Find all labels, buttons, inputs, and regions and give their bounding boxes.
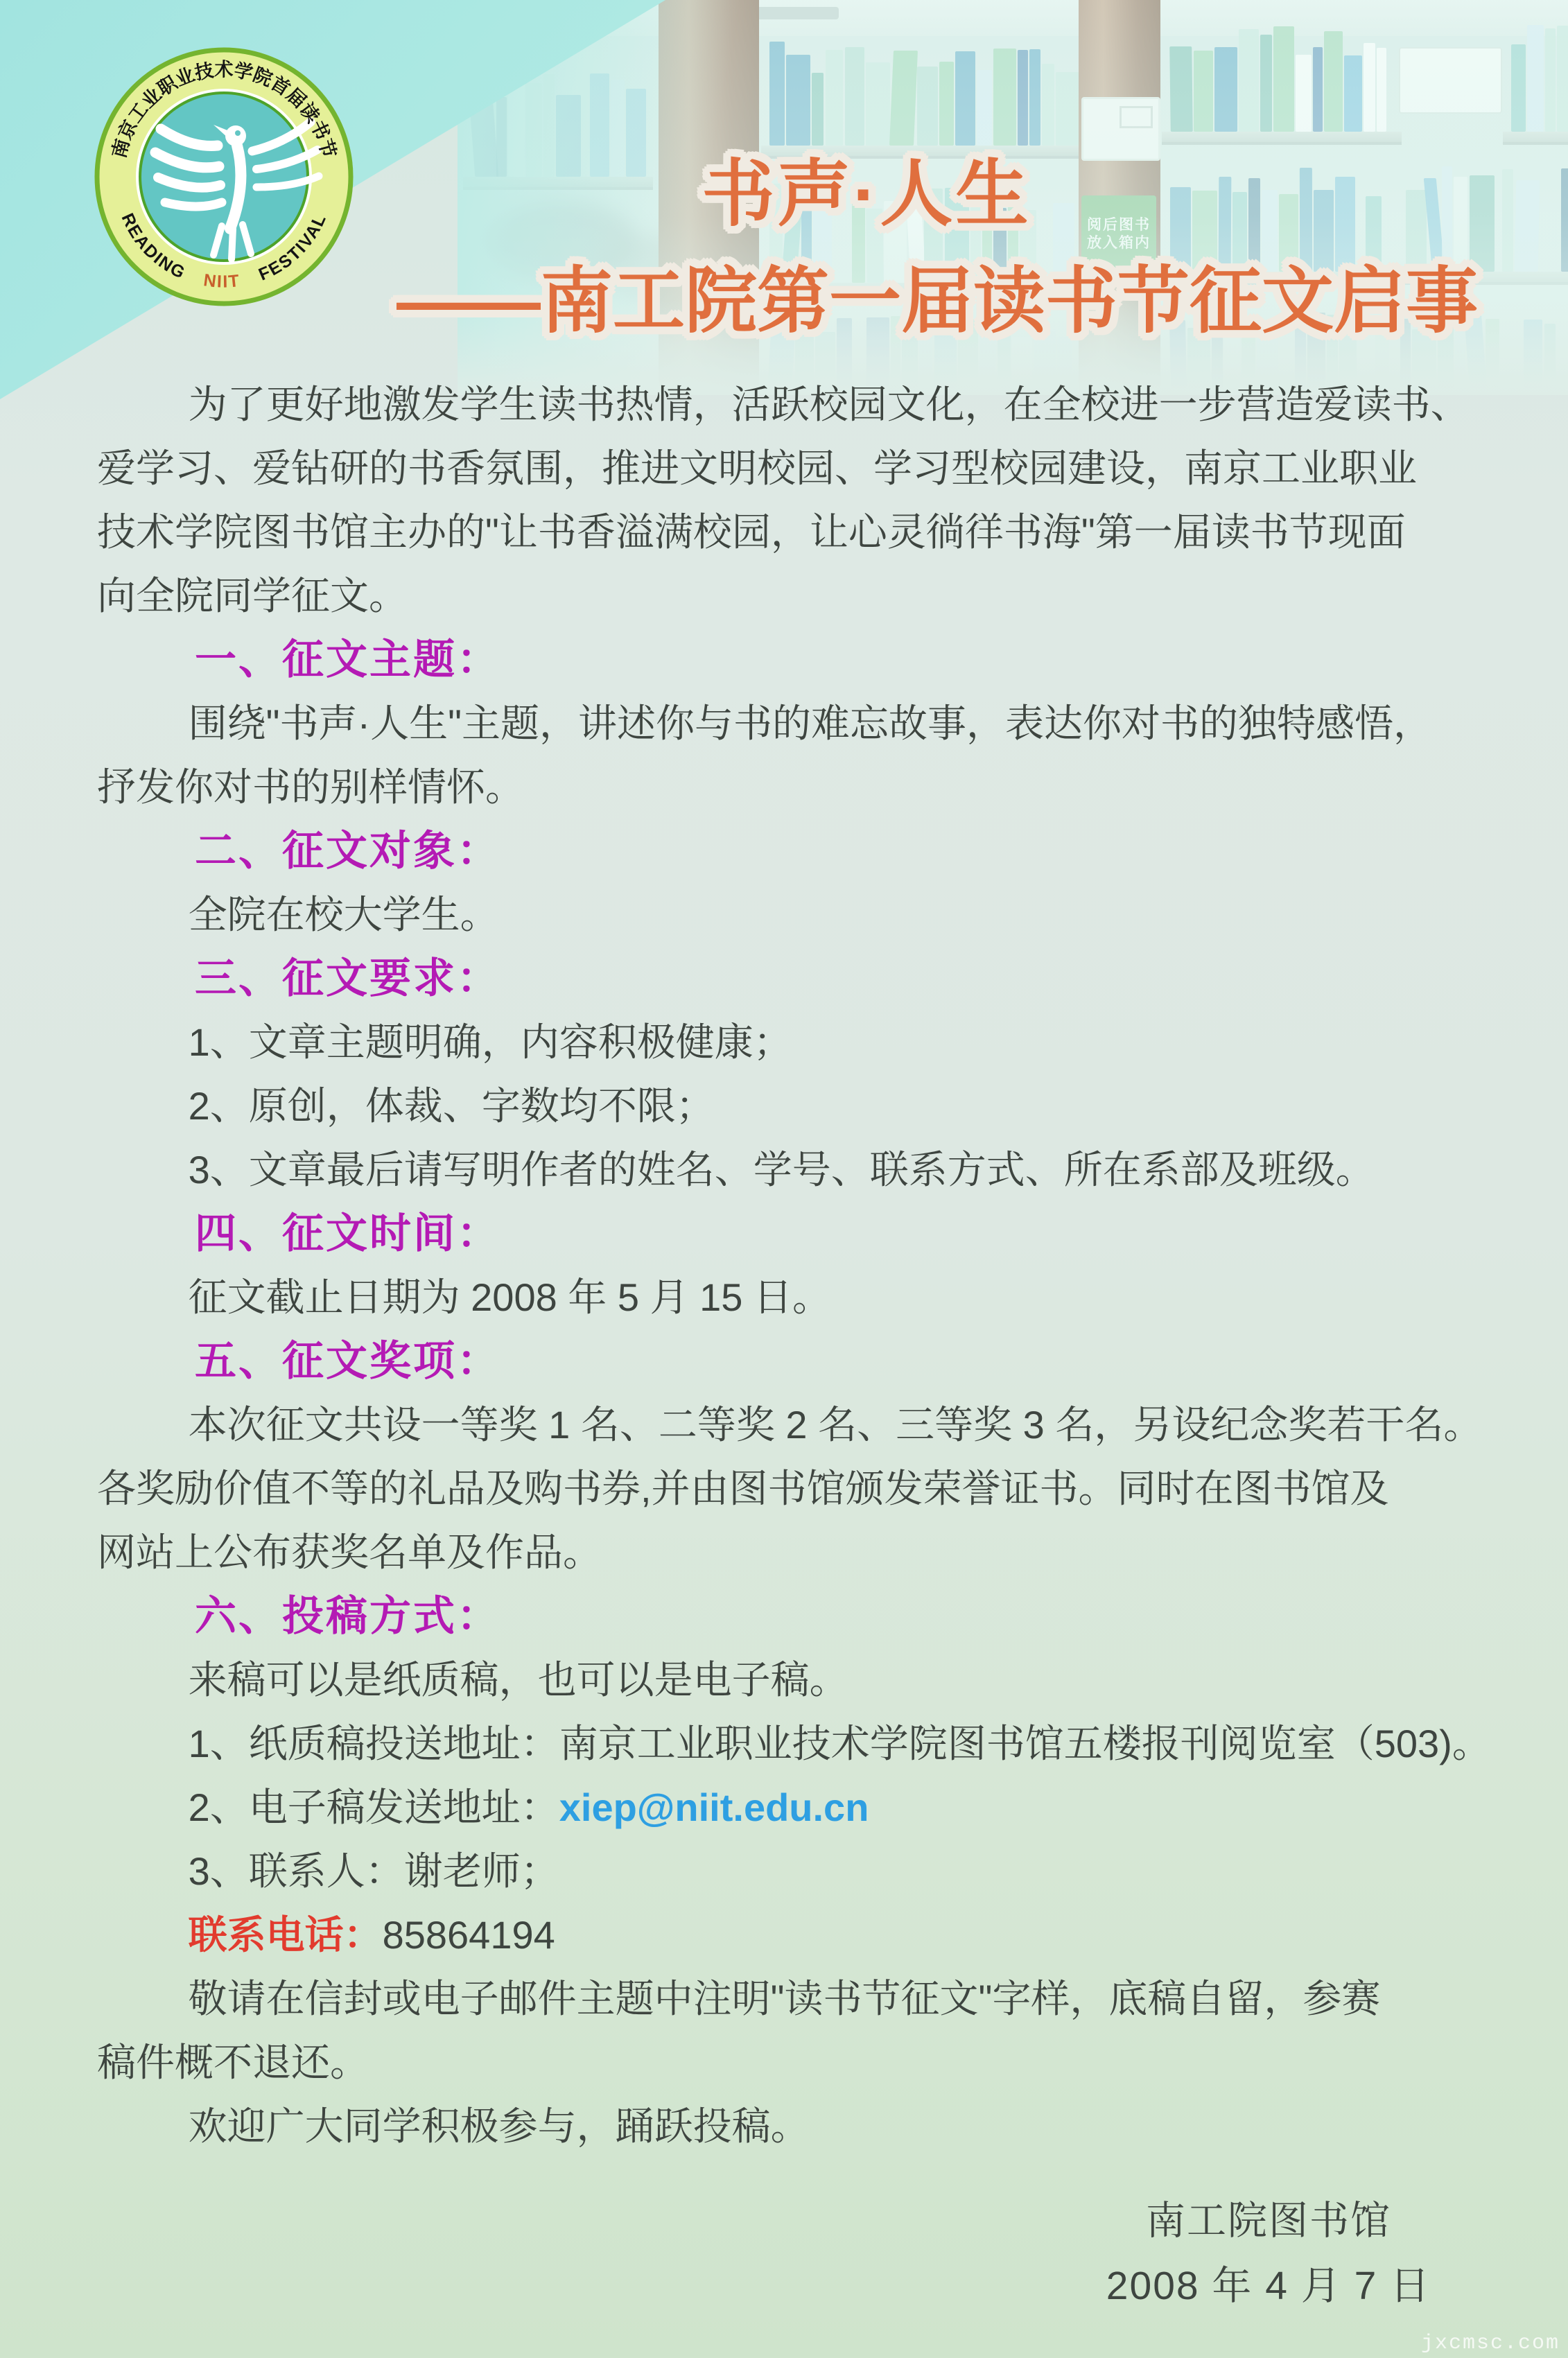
body-line: 向全院同学征文。 <box>97 564 1568 628</box>
body-line: 抒发你对书的别样情怀。 <box>97 756 1568 819</box>
text-run: 四、征文时间： <box>195 1210 500 1257</box>
text-run: 85864194 <box>383 1913 555 1957</box>
text-run: 爱学习、爱钻研的书香氛围，推进文明校园、学习型校园建设，南京工业职业 <box>97 446 1417 490</box>
text-run: 二、征文对象： <box>195 828 500 874</box>
body-line: 联系电话：85864194 <box>97 1903 1568 1967</box>
body-line: 征文截止日期为 2008 年 5 月 15 日。 <box>97 1266 1568 1329</box>
section-heading: 二、征文对象： <box>97 819 1568 883</box>
text-run: 六、投稿方式： <box>195 1593 500 1639</box>
text-run: 向全院同学征文。 <box>97 574 408 618</box>
body-line: 爱学习、爱钻研的书香氛围，推进文明校园、学习型校园建设，南京工业职业 <box>97 437 1568 500</box>
niit-word: NIIT <box>202 270 241 291</box>
text-run: 敬请在信封或电子邮件主题中注明"读书节征文"字样，底稿自留，参赛 <box>189 1977 1381 2020</box>
body-line: 来稿可以是纸质稿，也可以是电子稿。 <box>97 1648 1568 1712</box>
body-lines: 为了更好地激发学生读书热情，活跃校园文化，在全校进一步营造爱读书、爱学习、爱钻研… <box>97 373 1568 2158</box>
body-line: 1、纸质稿投送地址：南京工业职业技术学院图书馆五楼报刊阅览室（503)。 <box>97 1712 1568 1776</box>
section-heading: 六、投稿方式： <box>97 1584 1568 1648</box>
body-line: 敬请在信封或电子邮件主题中注明"读书节征文"字样，底稿自留，参赛 <box>97 1967 1568 2031</box>
body-line: 1、文章主题明确，内容积极健康； <box>97 1011 1568 1074</box>
text-run: 一、征文主题： <box>195 636 500 683</box>
poster-page: 阅后图书 放入箱内 <box>0 0 1568 2358</box>
body-line: 稿件概不退还。 <box>97 2031 1568 2095</box>
body-line: 技术学院图书馆主办的"让书香溢满校园，让心灵徜徉书海"第一届读书节现面 <box>97 500 1568 564</box>
body-line: 2、原创，体裁、字数均不限； <box>97 1074 1568 1138</box>
section-heading: 一、征文主题： <box>97 628 1568 692</box>
text-run: 来稿可以是纸质稿，也可以是电子稿。 <box>189 1658 848 1702</box>
text-run: 网站上公布获奖名单及作品。 <box>97 1530 602 1574</box>
section-heading: 四、征文时间： <box>97 1202 1568 1266</box>
body-line: 2、电子稿发送地址：xiep@niit.edu.cn <box>97 1776 1568 1840</box>
signature-date: 2008 年 4 月 7 日 <box>1068 2254 1470 2311</box>
poster-title-line2: ——南工院第一届读书节征文启事 <box>397 243 1478 347</box>
section-heading: 五、征文奖项： <box>97 1329 1568 1393</box>
text-run: 本次征文共设一等奖 1 名、二等奖 2 名、三等奖 3 名，另设纪念奖若干名。 <box>189 1403 1483 1447</box>
logo-svg: 南京工业职业技术学院首届读书节 READING NIIT FESTIVAL <box>94 47 354 306</box>
body-line: 各奖励价值不等的礼品及购书券,并由图书馆颁发荣誉证书。同时在图书馆及 <box>97 1457 1568 1521</box>
body-line: 为了更好地激发学生读书热情，活跃校园文化，在全校进一步营造爱读书、 <box>97 373 1568 437</box>
text-run: 征文截止日期为 2008 年 5 月 15 日。 <box>189 1275 831 1319</box>
text-run: 1、纸质稿投送地址：南京工业职业技术学院图书馆五楼报刊阅览室（503)。 <box>189 1722 1491 1765</box>
poster-title-line1: 书声·人生 <box>659 136 1074 241</box>
text-run: 五、征文奖项： <box>195 1338 500 1384</box>
festival-logo-badge: 南京工业职业技术学院首届读书节 READING NIIT FESTIVAL <box>94 47 354 306</box>
text-run: 2、电子稿发送地址： <box>189 1785 559 1829</box>
body-line: 全院在校大学生。 <box>97 883 1568 947</box>
text-run: 3、联系人：谢老师； <box>189 1849 559 1893</box>
text-run: 欢迎广大同学积极参与，踊跃投稿。 <box>189 2104 810 2148</box>
phone-label: 联系电话： <box>189 1913 383 1957</box>
signature-org: 南工院图书馆 <box>1068 2189 1470 2246</box>
text-run: 围绕"书声·人生"主题，讲述你与书的难忘故事，表达你对书的独特感悟， <box>189 701 1432 745</box>
text-run: 抒发你对书的别样情怀。 <box>97 765 524 809</box>
text-run: 1、文章主题明确，内容积极健康； <box>189 1020 792 1064</box>
text-run: 3、文章最后请写明作者的姓名、学号、联系方式、所在系部及班级。 <box>189 1148 1375 1191</box>
section-heading: 三、征文要求： <box>97 947 1568 1011</box>
body-line: 3、联系人：谢老师； <box>97 1840 1568 1903</box>
bird-head <box>225 125 246 146</box>
text-run: 各奖励价值不等的礼品及购书券,并由图书馆颁发荣誉证书。同时在图书馆及 <box>97 1467 1389 1510</box>
text-run: 2、原创，体裁、字数均不限； <box>189 1084 715 1128</box>
text-run: 三、征文要求： <box>195 955 500 1002</box>
text-run: 稿件概不退还。 <box>97 2041 369 2084</box>
body-line: 欢迎广大同学积极参与，踊跃投稿。 <box>97 2095 1568 2158</box>
bird-eye <box>235 130 241 136</box>
text-run: 为了更好地激发学生读书热情，活跃校园文化，在全校进一步营造爱读书、 <box>189 383 1470 426</box>
email-link[interactable]: xiep@niit.edu.cn <box>559 1785 869 1829</box>
body-line: 本次征文共设一等奖 1 名、二等奖 2 名、三等奖 3 名，另设纪念奖若干名。 <box>97 1393 1568 1457</box>
text-run: 全院在校大学生。 <box>189 893 499 936</box>
site-watermark: jxcmsc.com <box>1421 2332 1560 2355</box>
body-line: 网站上公布获奖名单及作品。 <box>97 1521 1568 1584</box>
body-line: 3、文章最后请写明作者的姓名、学号、联系方式、所在系部及班级。 <box>97 1138 1568 1202</box>
text-run: 技术学院图书馆主办的"让书香溢满校园，让心灵徜徉书海"第一届读书节现面 <box>97 510 1406 554</box>
body-line: 围绕"书声·人生"主题，讲述你与书的难忘故事，表达你对书的独特感悟， <box>97 692 1568 756</box>
